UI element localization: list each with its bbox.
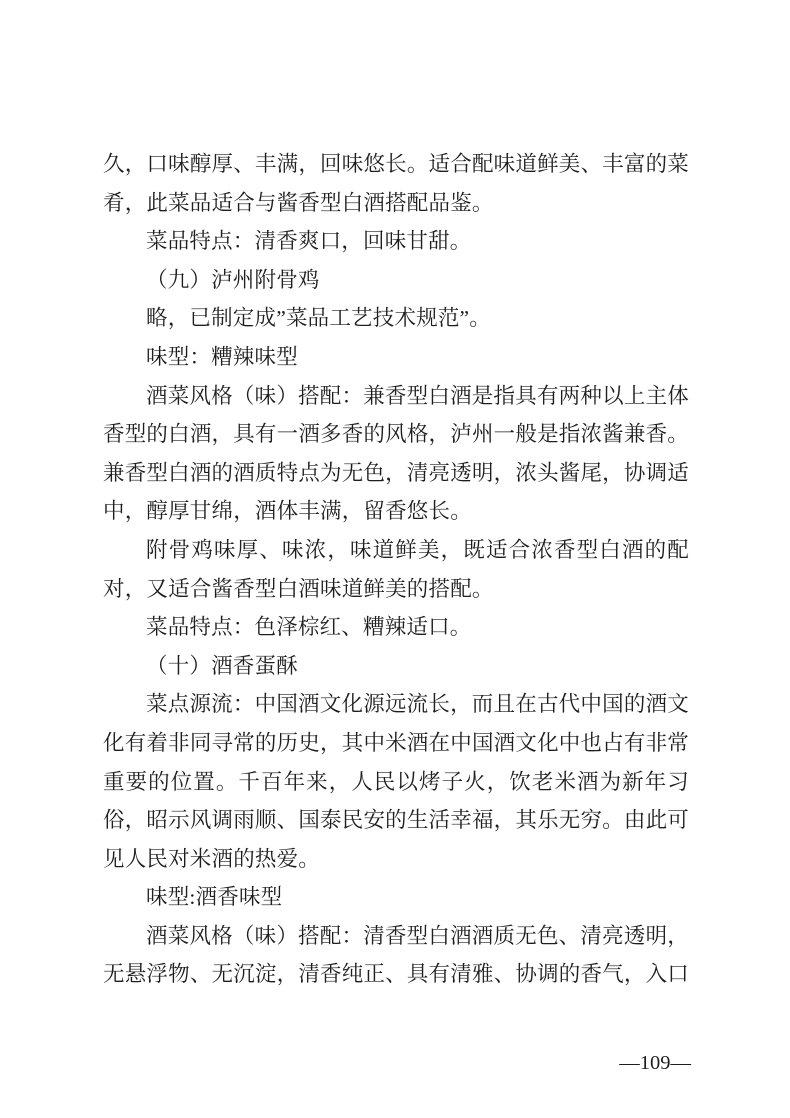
text-line: 菜品特点：色泽棕红、糟辣适口。 [103,608,689,647]
section-heading-ten: （十）酒香蛋酥 [103,647,689,686]
page-number: —109— [619,1051,691,1075]
text-line: 兼香型白酒的酒质特点为无色，清亮透明，浓头酱尾，协调适 [103,454,689,493]
text-line: 酒菜风格（味）搭配：清香型白酒酒质无色、清亮透明， [103,917,689,956]
text-line: 见人民对米酒的热爱。 [103,840,689,879]
text-line: 酒菜风格（味）搭配：兼香型白酒是指具有两种以上主体 [103,377,689,416]
text-line: 久，口味醇厚、丰满，回味悠长。适合配味道鲜美、丰富的菜 [103,145,689,184]
text-line: 重要的位置。千百年来，人民以烤子火，饮老米酒为新年习 [103,763,689,802]
text-line: 附骨鸡味厚、味浓，味道鲜美，既适合浓香型白酒的配 [103,531,689,570]
text-line: 味型：糟辣味型 [103,338,689,377]
text-line: 菜点源流：中国酒文化源远流长，而且在古代中国的酒文 [103,685,689,724]
text-line: 略，已制定成”菜品工艺技术规范”。 [103,299,689,338]
text-line: 味型:酒香味型 [103,878,689,917]
text-line: 无悬浮物、无沉淀，清香纯正、具有清雅、协调的香气，入口 [103,955,689,994]
text-line: 香型的白酒，具有一酒多香的风格，泸州一般是指浓酱兼香。 [103,415,689,454]
text-line: 肴，此菜品适合与酱香型白酒搭配品鉴。 [103,184,689,223]
text-line: 对，又适合酱香型白酒味道鲜美的搭配。 [103,570,689,609]
text-line: 中，醇厚甘绵，酒体丰满，留香悠长。 [103,492,689,531]
section-heading-nine: （九）泸州附骨鸡 [103,261,689,300]
text-block: 久，口味醇厚、丰满，回味悠长。适合配味道鲜美、丰富的菜 肴，此菜品适合与酱香型白… [103,145,689,994]
text-line: 化有着非同寻常的历史，其中米酒在中国酒文化中也占有非常 [103,724,689,763]
document-page: 久，口味醇厚、丰满，回味悠长。适合配味道鲜美、丰富的菜 肴，此菜品适合与酱香型白… [0,0,790,1118]
text-line: 菜品特点：清香爽口，回味甘甜。 [103,222,689,261]
text-line: 俗，昭示风调雨顺、国泰民安的生活幸福，其乐无穷。由此可 [103,801,689,840]
